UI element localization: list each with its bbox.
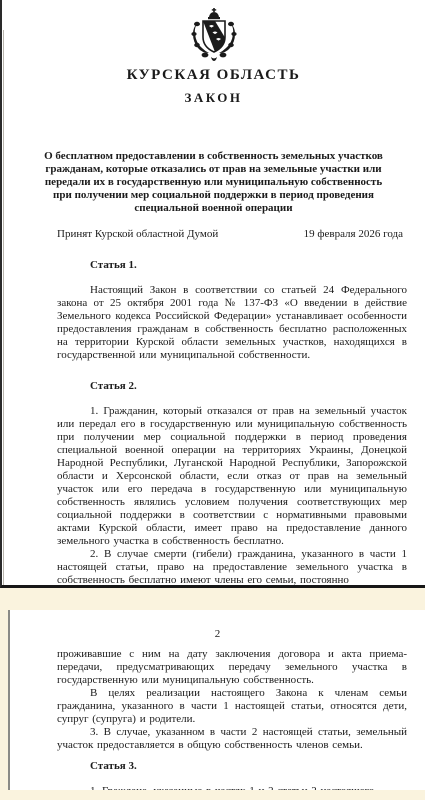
article-3-body: 1. Граждане, указанные в частях 1 и 2 ст… (57, 785, 407, 790)
page-2-body: проживавшие с ним на дату заключения дог… (57, 648, 407, 752)
page-1: КУРСКАЯ ОБЛАСТЬ ЗАКОН О бесплатном предо… (0, 0, 425, 588)
article-2-part-1: 1. Гражданин, который отказался от прав … (57, 405, 407, 548)
page-2: 2 проживавшие с ним на дату заключения д… (8, 610, 425, 790)
kursk-coat-of-arms-icon (185, 8, 243, 62)
article-2-part-3: 3. В случае, указанном в части 2 настоящ… (57, 726, 407, 752)
law-title: О бесплатном предоставлении в собственно… (36, 150, 392, 215)
article-3-heading: Статья 3. (90, 760, 425, 773)
article-1-heading: Статья 1. (90, 259, 425, 272)
article-2-part-2: 2. В случае смерти (гибели) гражданина, … (57, 548, 407, 587)
adopted-date: 19 февраля 2026 года (304, 228, 403, 241)
article-2-part-2-continuation: проживавшие с ним на дату заключения дог… (57, 648, 407, 687)
article-3-part-1: 1. Граждане, указанные в частях 1 и 2 ст… (57, 785, 407, 790)
article-1-paragraph: Настоящий Закон в соответствии со статье… (57, 284, 407, 362)
article-1-body: Настоящий Закон в соответствии со статье… (57, 284, 407, 362)
region-name: КУРСКАЯ ОБЛАСТЬ (2, 67, 425, 84)
article-2-body: 1. Гражданин, который отказался от прав … (57, 405, 407, 587)
document-type: ЗАКОН (2, 90, 425, 105)
article-2-family-definition: В целях реализации настоящего Закона к ч… (57, 687, 407, 726)
article-2-heading: Статья 2. (90, 380, 425, 393)
document-scan: { "colors": { "background": "#faf3de", "… (0, 0, 425, 800)
page-number: 2 (10, 628, 425, 641)
adoption-line: Принят Курской областной Думой 19 феврал… (57, 228, 403, 241)
adopted-by: Принят Курской областной Думой (57, 228, 218, 241)
